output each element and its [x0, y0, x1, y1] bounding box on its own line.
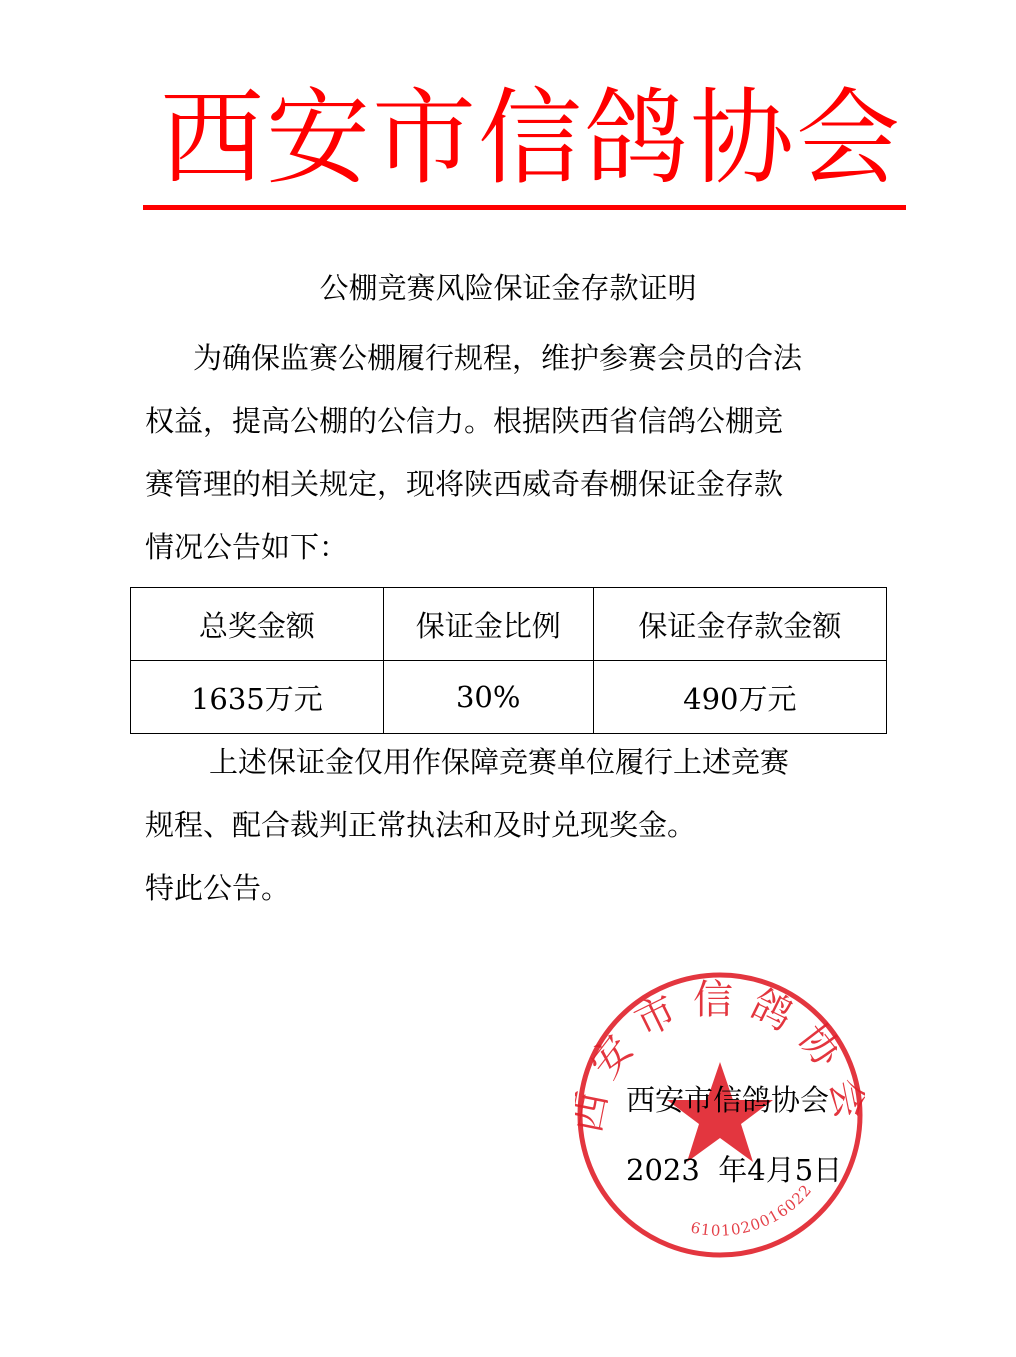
table-header-row: 总奖金额 保证金比例 保证金存款金额	[131, 588, 887, 661]
paragraph-line: 情况公告如下：	[145, 516, 875, 579]
paragraph-line: 权益，提高公棚的公信力。根据陕西省信鸽公棚竞	[145, 390, 875, 453]
table-header-cell: 保证金存款金额	[593, 588, 886, 661]
paragraph-line: 规程、配合裁判正常执法和及时兑现奖金。	[145, 794, 875, 857]
table-header-cell: 保证金比例	[383, 588, 593, 661]
deposit-table: 总奖金额 保证金比例 保证金存款金额 1635万元 30% 490万元	[130, 587, 887, 734]
table-header-cell: 总奖金额	[131, 588, 384, 661]
letterhead-divider	[143, 205, 906, 210]
paragraph-line: 赛管理的相关规定，现将陕西威奇春棚保证金存款	[145, 453, 875, 516]
table-cell: 490万元	[593, 661, 886, 734]
table-cell: 1635万元	[131, 661, 384, 734]
paragraph-line: 为确保监赛公棚履行规程，维护参赛会员的合法	[145, 327, 875, 390]
document-title: 公棚竞赛风险保证金存款证明	[0, 268, 1016, 308]
signature-date: 2023 年4月5日	[626, 1150, 842, 1190]
paragraph-line: 上述保证金仅用作保障竞赛单位履行上述竞赛	[145, 731, 875, 794]
paragraph-intro: 为确保监赛公棚履行规程，维护参赛会员的合法 权益，提高公棚的公信力。根据陕西省信…	[145, 327, 875, 579]
table-cell: 30%	[383, 661, 593, 734]
paragraph-usage: 上述保证金仅用作保障竞赛单位履行上述竞赛 规程、配合裁判正常执法和及时兑现奖金。…	[145, 731, 875, 920]
closing-line: 特此公告。	[145, 857, 875, 920]
table-row: 1635万元 30% 490万元	[131, 661, 887, 734]
letterhead-org-name: 西安市信鸽协会	[160, 78, 880, 198]
signature-org: 西安市信鸽协会	[626, 1080, 829, 1120]
